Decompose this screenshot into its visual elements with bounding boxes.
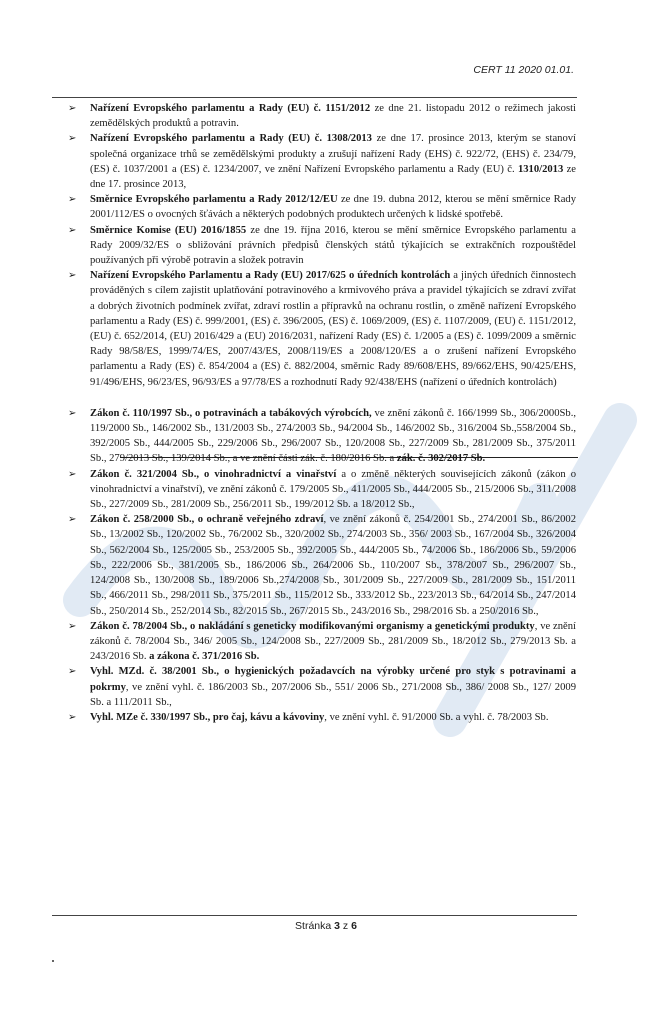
arrow-bullet-icon: ➢	[68, 101, 76, 116]
arrow-bullet-icon: ➢	[68, 406, 76, 421]
document-body: ➢Nařízení Evropského parlamentu a Rady (…	[64, 101, 576, 725]
list-item: ➢Zákon č. 258/2000 Sb., o ochraně veřejn…	[64, 512, 576, 618]
regulation-title: Nařízení Evropského Parlamentu a Rady (E…	[90, 270, 450, 281]
regulation-text: , ve znění zákonů č. 254/2001 Sb., 274/2…	[90, 514, 576, 616]
regulation-text: , ve znění vyhl. č. 186/2003 Sb., 207/20…	[90, 682, 576, 708]
list-item: ➢Nařízení Evropského parlamentu a Rady (…	[64, 101, 576, 131]
regulation-reference: 1310/2013	[518, 164, 563, 175]
arrow-bullet-icon: ➢	[68, 223, 76, 238]
regulation-text: a jiných úředních činnostech prováděných…	[90, 270, 576, 387]
regulation-reference: zák. č. 302/2017 Sb.	[397, 453, 485, 464]
page-label: Stránka	[295, 920, 334, 932]
arrow-bullet-icon: ➢	[68, 467, 76, 482]
header-rule	[52, 97, 577, 98]
regulation-title: Směrnice Komise (EU) 2016/1855	[90, 225, 246, 236]
regulation-list-eu: ➢Nařízení Evropského parlamentu a Rady (…	[64, 101, 576, 390]
regulation-title: Zákon č. 110/1997 Sb., o potravinách a t…	[90, 408, 372, 419]
arrow-bullet-icon: ➢	[68, 131, 76, 146]
regulation-text: , ve znění vyhl. č. 91/2000 Sb. a vyhl. …	[324, 712, 548, 723]
regulation-list-cz: ➢Zákon č. 110/1997 Sb., o potravinách a …	[64, 406, 576, 725]
total-pages: 6	[351, 920, 357, 932]
regulation-title: Nařízení Evropského parlamentu a Rady (E…	[90, 133, 372, 144]
list-item: ➢Směrnice Komise (EU) 2016/1855 ze dne 1…	[64, 223, 576, 269]
arrow-bullet-icon: ➢	[68, 512, 76, 527]
list-item: ➢Zákon č. 321/2004 Sb., o vinohradnictví…	[64, 467, 576, 513]
list-item: ➢Zákon č. 78/2004 Sb., o nakládání s gen…	[64, 619, 576, 665]
scan-speck	[52, 960, 54, 962]
arrow-bullet-icon: ➢	[68, 268, 76, 283]
document-reference: CERT 11 2020 01.01.	[473, 64, 574, 76]
list-item: ➢Vyhl. MZd. č. 38/2001 Sb., o hygienický…	[64, 664, 576, 710]
list-item: ➢Zákon č. 110/1997 Sb., o potravinách a …	[64, 406, 576, 467]
regulation-title: Zákon č. 258/2000 Sb., o ochraně veřejné…	[90, 514, 324, 525]
page-footer: Stránka 3 z 6	[0, 920, 652, 932]
arrow-bullet-icon: ➢	[68, 664, 76, 679]
regulation-title: Směrnice Evropského parlamentu a Rady 20…	[90, 194, 338, 205]
regulation-title: Zákon č. 321/2004 Sb., o vinohradnictví …	[90, 469, 336, 480]
regulation-title: Vyhl. MZe č. 330/1997 Sb., pro čaj, kávu…	[90, 712, 324, 723]
list-item: ➢Nařízení Evropského Parlamentu a Rady (…	[64, 268, 576, 390]
page-separator: z	[340, 920, 351, 932]
arrow-bullet-icon: ➢	[68, 710, 76, 725]
arrow-bullet-icon: ➢	[68, 192, 76, 207]
regulation-title: Zákon č. 78/2004 Sb., o nakládání s gene…	[90, 621, 535, 632]
arrow-bullet-icon: ➢	[68, 619, 76, 634]
regulation-title: Nařízení Evropského parlamentu a Rady (E…	[90, 103, 370, 114]
list-item: ➢Vyhl. MZe č. 330/1997 Sb., pro čaj, káv…	[64, 710, 576, 725]
regulation-reference: a zákona č. 371/2016 Sb.	[147, 651, 260, 662]
list-item: ➢Nařízení Evropského parlamentu a Rady (…	[64, 131, 576, 192]
footer-rule	[52, 915, 577, 916]
list-item: ➢Směrnice Evropského parlamentu a Rady 2…	[64, 192, 576, 222]
